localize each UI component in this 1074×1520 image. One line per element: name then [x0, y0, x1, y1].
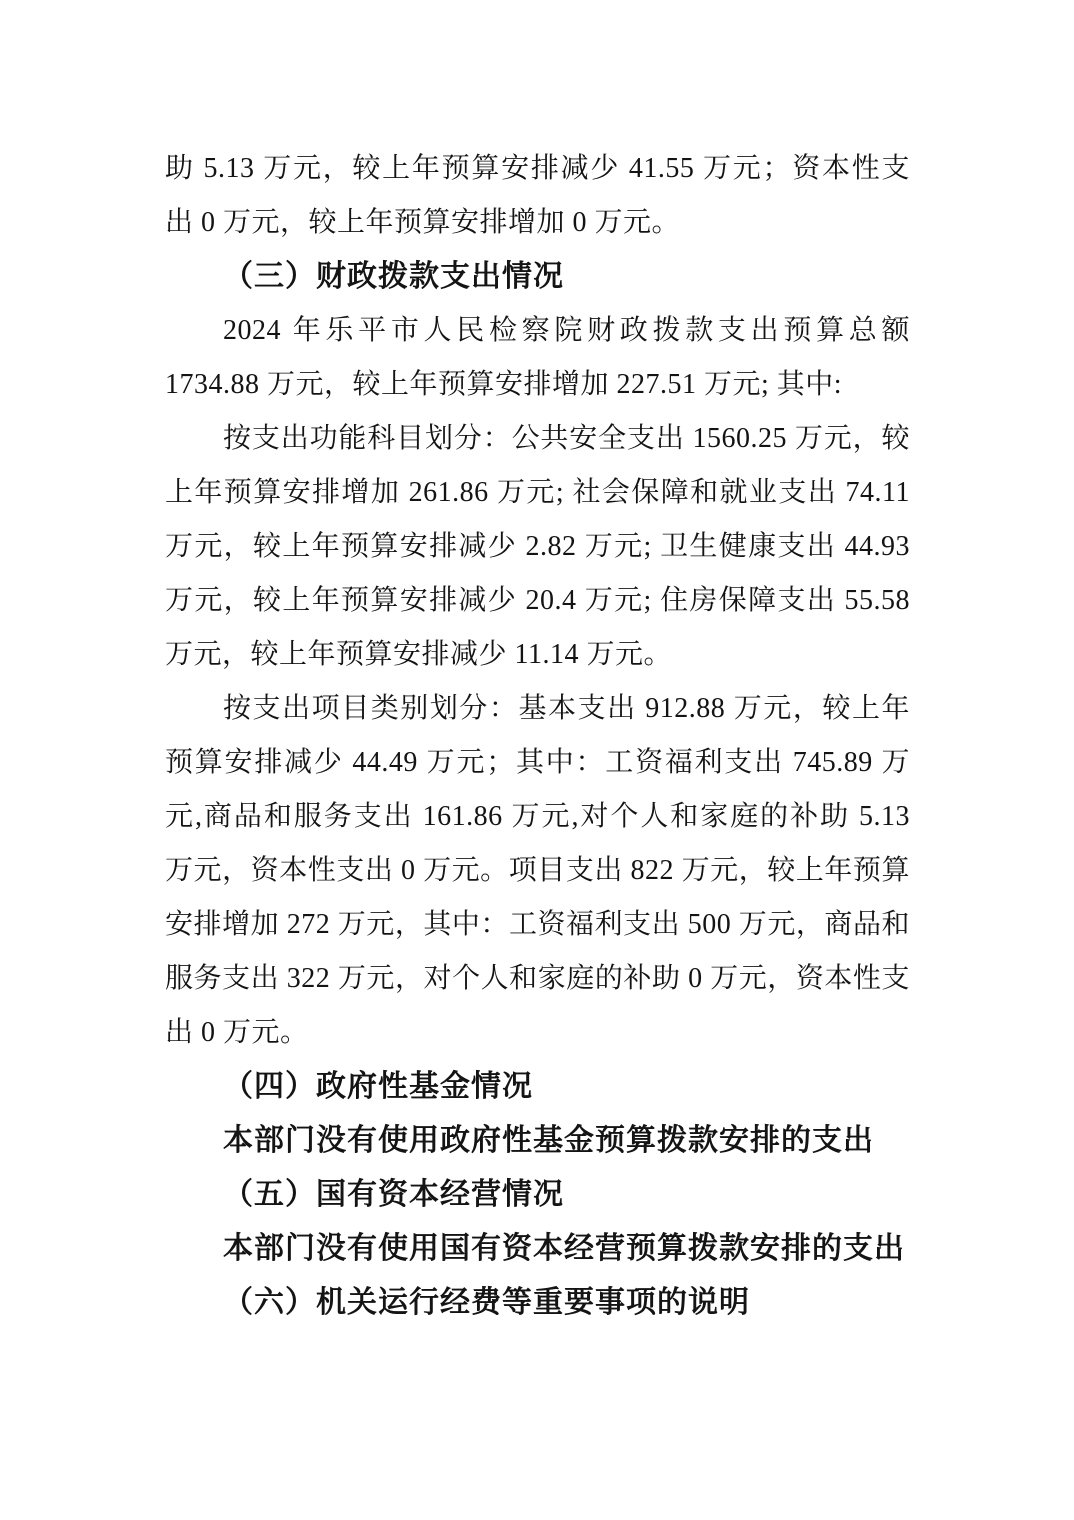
text-line: 安排增加 272 万元，其中：工资福利支出 500 万元，商品和: [165, 898, 910, 952]
document-body: 助 5.13 万元，较上年预算安排减少 41.55 万元；资本性支出 0 万元，…: [165, 142, 910, 1330]
text-line: 预算安排减少 44.49 万元；其中：工资福利支出 745.89 万: [165, 736, 910, 790]
section-heading: （五）国有资本经营情况: [165, 1168, 910, 1222]
text-line: 按支出项目类别划分：基本支出 912.88 万元，较上年: [165, 682, 910, 736]
text-line: 出 0 万元。: [165, 1006, 910, 1060]
text-line: 出 0 万元，较上年预算安排增加 0 万元。: [165, 196, 910, 250]
text-line: 元,商品和服务支出 161.86 万元,对个人和家庭的补助 5.13: [165, 790, 910, 844]
text-line: 万元，较上年预算安排减少 11.14 万元。: [165, 628, 910, 682]
text-line: 上年预算安排增加 261.86 万元; 社会保障和就业支出 74.11: [165, 466, 910, 520]
section-heading: （三）财政拨款支出情况: [165, 250, 910, 304]
text-line: 助 5.13 万元，较上年预算安排减少 41.55 万元；资本性支: [165, 142, 910, 196]
document-page: 助 5.13 万元，较上年预算安排减少 41.55 万元；资本性支出 0 万元，…: [0, 0, 1074, 1520]
section-heading: 本部门没有使用国有资本经营预算拨款安排的支出: [165, 1222, 910, 1276]
text-line: 万元，较上年预算安排减少 2.82 万元; 卫生健康支出 44.93: [165, 520, 910, 574]
text-line: 1734.88 万元，较上年预算安排增加 227.51 万元; 其中:: [165, 358, 910, 412]
text-line: 2024 年乐平市人民检察院财政拨款支出预算总额: [165, 304, 910, 358]
text-line: 服务支出 322 万元，对个人和家庭的补助 0 万元，资本性支: [165, 952, 910, 1006]
text-line: 按支出功能科目划分：公共安全支出 1560.25 万元，较: [165, 412, 910, 466]
section-heading: 本部门没有使用政府性基金预算拨款安排的支出: [165, 1114, 910, 1168]
section-heading: （六）机关运行经费等重要事项的说明: [165, 1276, 910, 1330]
section-heading: （四）政府性基金情况: [165, 1060, 910, 1114]
text-line: 万元，资本性支出 0 万元。项目支出 822 万元，较上年预算: [165, 844, 910, 898]
text-line: 万元，较上年预算安排减少 20.4 万元; 住房保障支出 55.58: [165, 574, 910, 628]
